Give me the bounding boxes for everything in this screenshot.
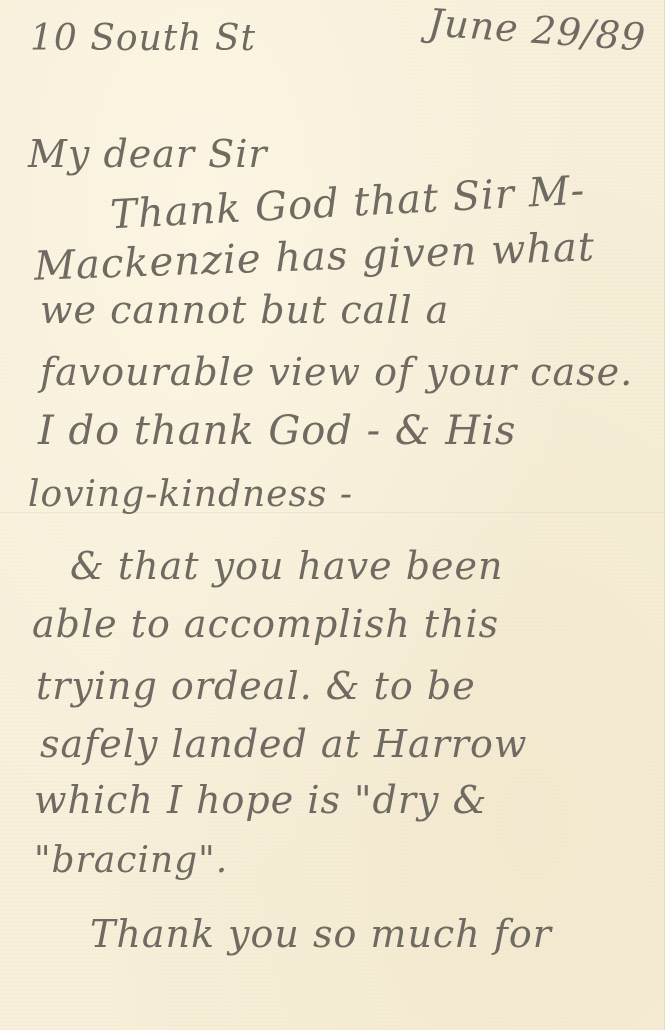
body-line: Thank you so much for	[90, 912, 552, 956]
letter-page: 10 South St June 29/89 My dear Sir Thank…	[0, 0, 665, 1030]
letter-date: June 29/89	[427, 0, 648, 59]
body-line: trying ordeal. & to be	[36, 664, 476, 708]
body-line: which I hope is "dry &	[34, 778, 487, 822]
body-line: able to accomplish this	[32, 602, 499, 646]
salutation: My dear Sir	[28, 132, 268, 176]
body-line: we cannot but call a	[40, 288, 449, 332]
body-line: favourable view of your case.	[40, 350, 633, 394]
body-line: "bracing".	[34, 840, 228, 881]
sender-address: 10 South St	[30, 18, 256, 59]
body-line: I do thank God - & His	[38, 408, 516, 454]
body-line: safely landed at Harrow	[40, 722, 527, 766]
body-line: & that you have been	[70, 544, 504, 588]
body-line: loving-kindness -	[28, 474, 353, 515]
